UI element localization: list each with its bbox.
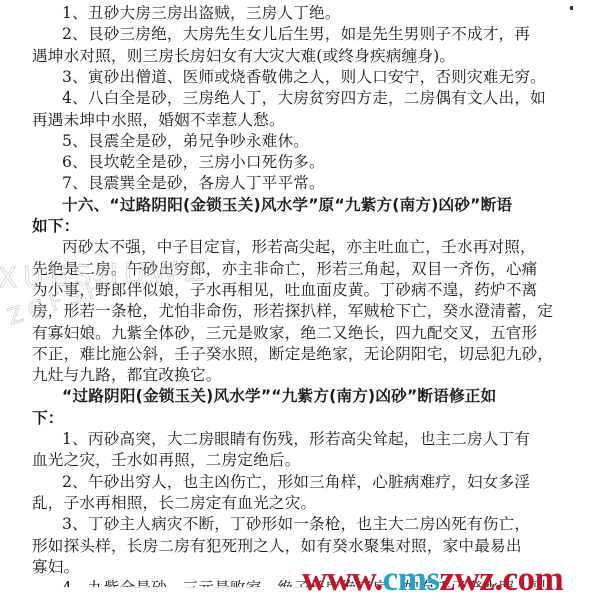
text-line: 寡妇。 xyxy=(32,558,79,576)
text-line: 血光之灾，壬水如再照，二房定绝后。 xyxy=(32,451,301,469)
watermark-part: cms xyxy=(383,559,440,595)
text-line: 乱，子水再相照，长二房定有血光之灾。 xyxy=(32,494,316,512)
text-line: 2、午砂出穷人，也主凶伤亡，形如三角样，心脏病难疗，妇女多淫 xyxy=(62,473,530,491)
scan-dot xyxy=(570,6,573,10)
text-line: 1、丙砂高突，大二房眼睛有伤残，形若高尖耸起，也主二房人丁有 xyxy=(62,430,530,448)
text-line: 有寡妇娘。九紫全体砂，三元是败家，绝二又绝长，四九配交叉，五官形 xyxy=(32,324,537,342)
text-line: 丙砂太不强，中子目定盲，形若高尖起，亦主吐血亡，壬水再对照， xyxy=(62,238,536,256)
text-line: 3、丁砂主人病灾不断，丁砂形如一条枪，也主大二房凶死有伤亡， xyxy=(62,515,530,533)
text-line: 5、艮震全是砂，弟兄争吵永难休。 xyxy=(62,132,309,150)
watermark-part: www. xyxy=(302,559,383,595)
text-line: 不正，难比施公斜，壬子癸水照，断定是绝家，无论阴阳宅，切忌犯九砂， xyxy=(32,345,553,363)
section-heading: 十六、“过路阴阳(金锁玉关)风水学”原“九紫方(南方)凶砂”断语 xyxy=(62,196,512,214)
text-line: 2、艮砂三房绝，大房先生女儿后生男，如是先生男则子不成才，再 xyxy=(62,25,530,43)
text-line: 遇坤水对照，则三房长房妇女有大灾大难(或终身疾病缠身)。 xyxy=(32,47,455,65)
section-heading: 下： xyxy=(32,409,64,427)
text-line: 形如探头样，长房二房有犯死刑之人，如有癸水聚集对照，家中最易出 xyxy=(32,537,522,555)
text-line: 九灶与九路，都宜改换它。 xyxy=(32,366,222,384)
section-heading: 如下： xyxy=(32,217,79,235)
text-line: 房，形若一条枪，尤怕非命伤，形若探扒样，军贼枪下亡，癸水澄清蓄，定 xyxy=(32,302,553,320)
text-line: 再遇未坤中水照，婚姻不幸惹人愁。 xyxy=(32,111,285,129)
text-line: 6、艮坎乾全是砂，三房小口死伤多。 xyxy=(62,153,325,171)
text-line: 3、寅砂出僧道、医师或烧香敬佛之人，则人口安宁，否则灾难无穷。 xyxy=(62,68,546,86)
text-line: 1、丑砂大房三房出盗贼，三房人丁绝。 xyxy=(62,4,341,22)
site-watermark: www.cmszwz.com xyxy=(302,562,563,595)
section-heading: “过路阴阳(金锁玉关)风水学”“九紫方(南方)凶砂”断语修正如 xyxy=(62,387,496,405)
text-line: 7、艮震巽全是砂，各房人丁平平常。 xyxy=(62,174,325,192)
text-line: 4、八白全是砂，三房绝人丁，大房贫穷四方走，二房偶有文人出，如 xyxy=(62,89,546,107)
watermark-part: zwz.com xyxy=(439,559,563,595)
